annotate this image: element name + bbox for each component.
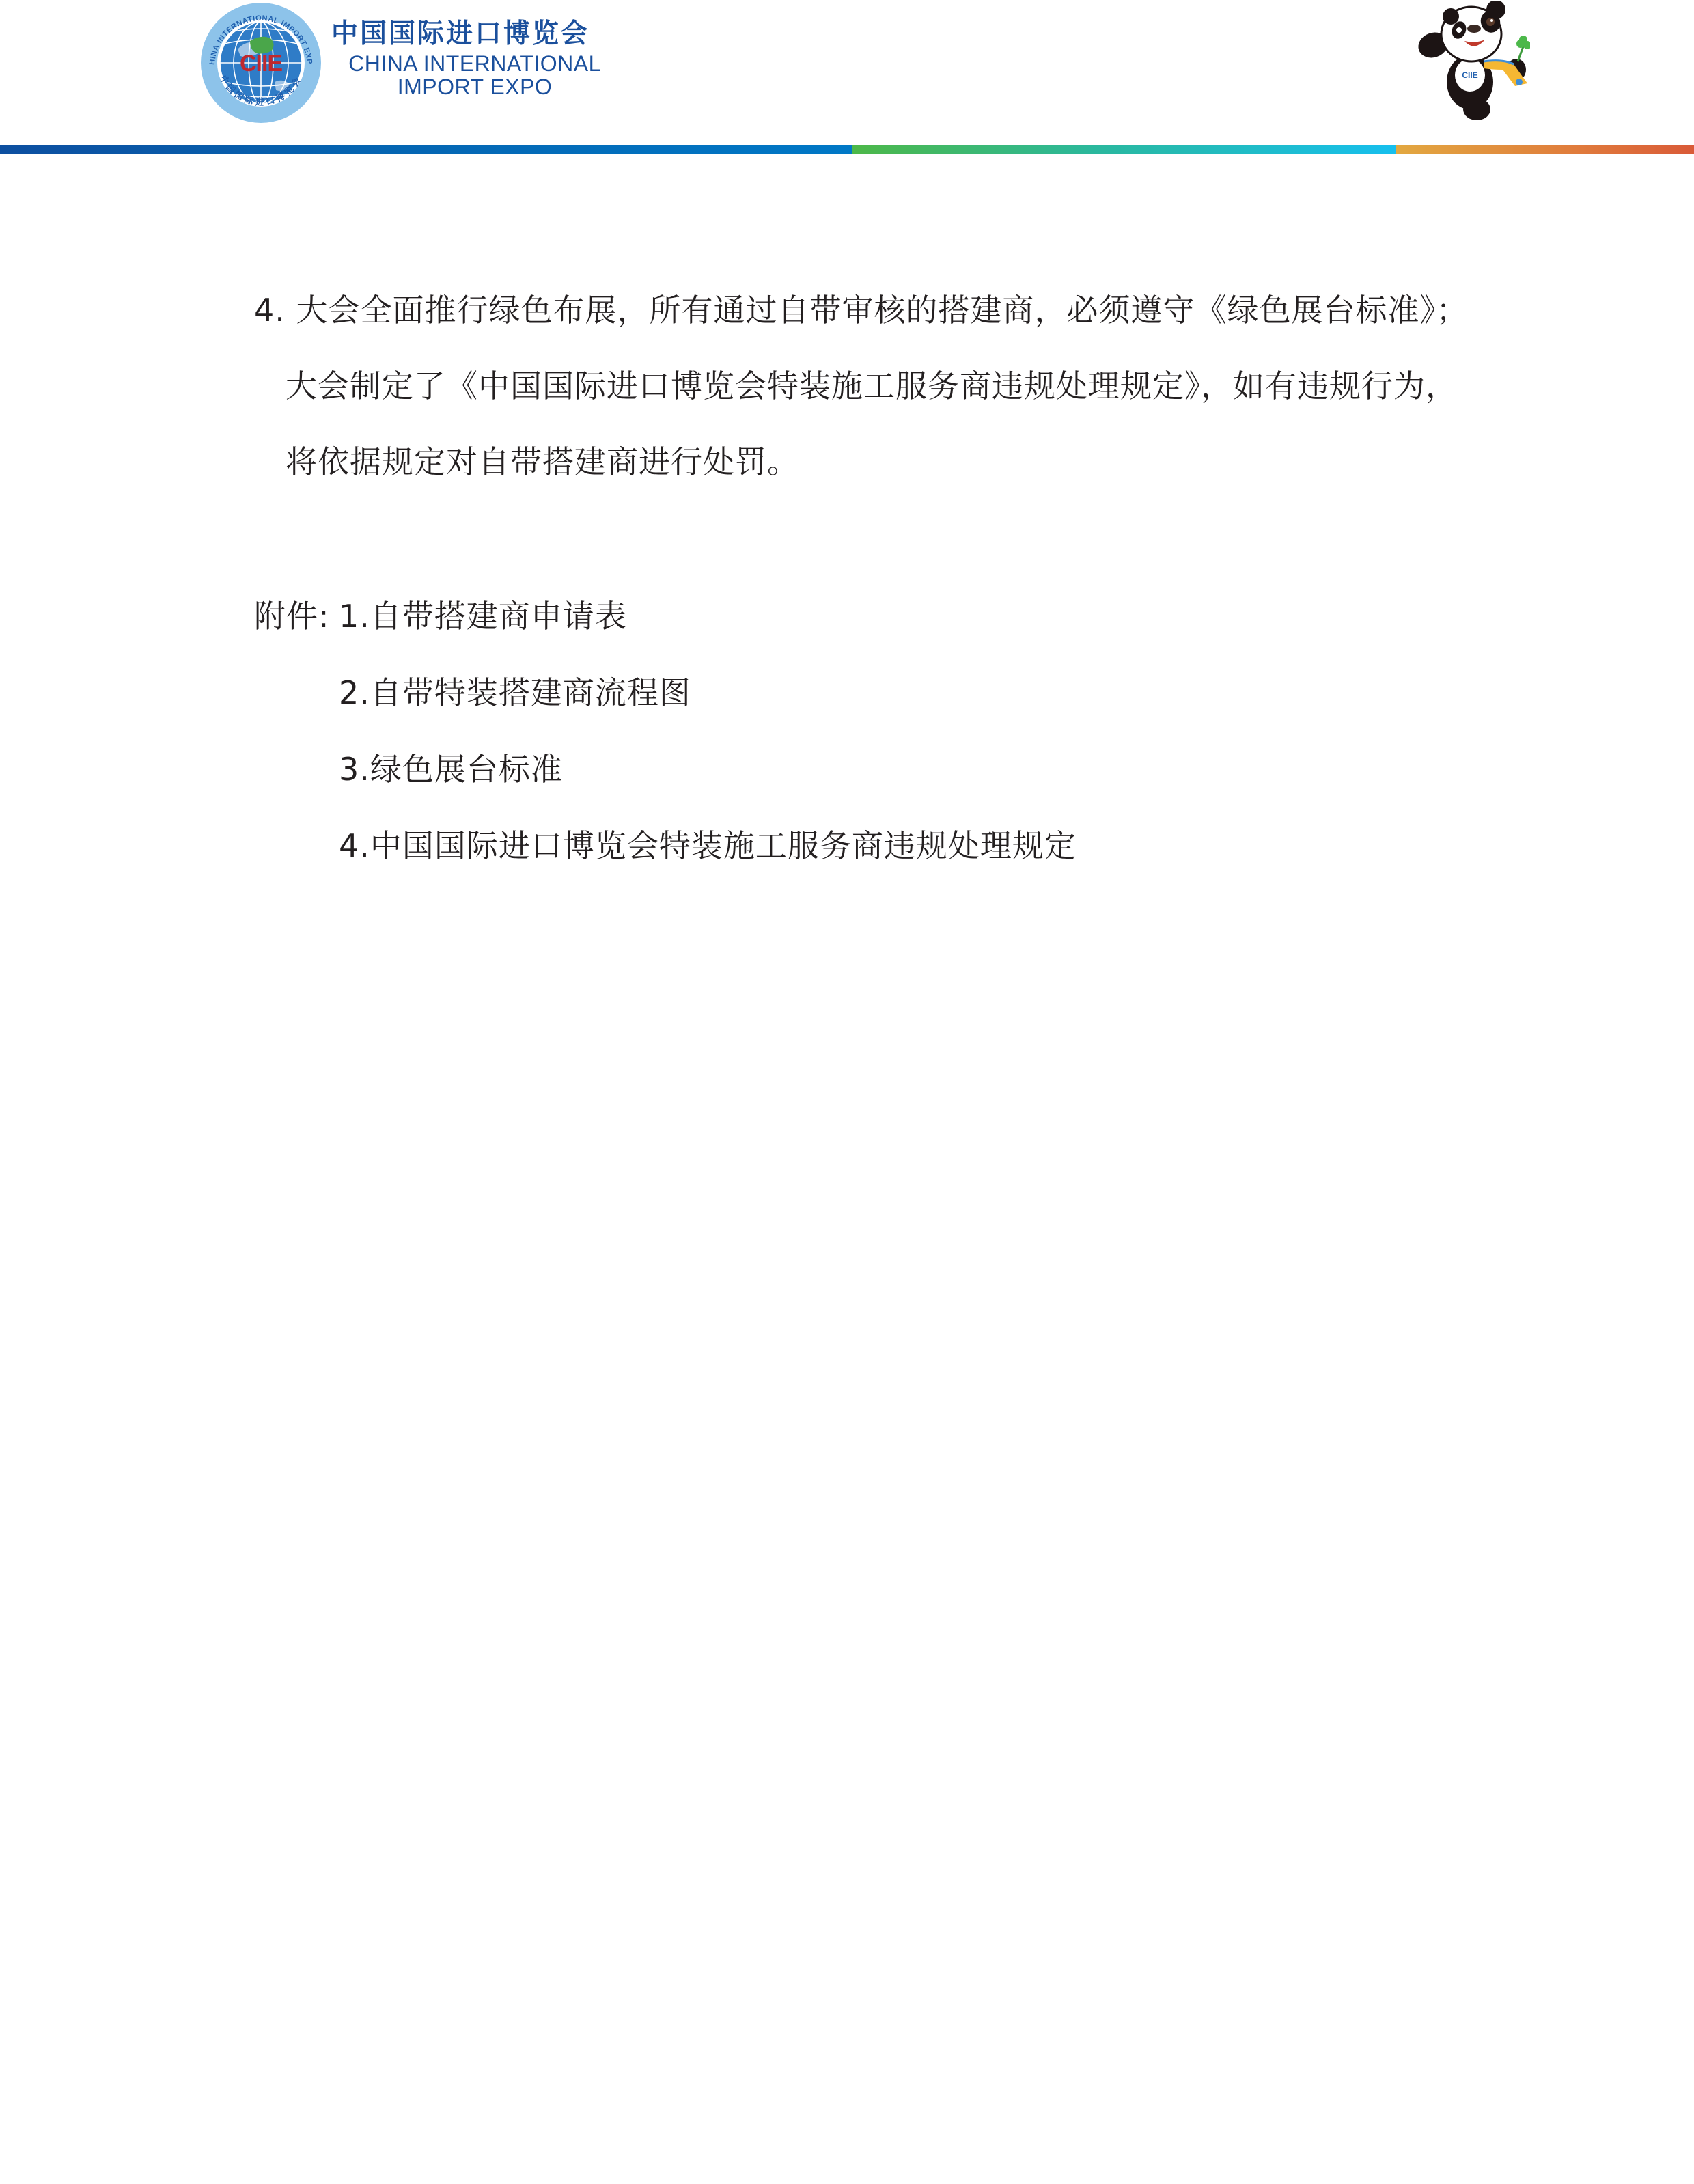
logo-title-en-line1: CHINA INTERNATIONAL bbox=[311, 52, 639, 75]
logo-title-en-line2: IMPORT EXPO bbox=[311, 75, 639, 98]
logo-title-cn: 中国国际进口博览会 bbox=[331, 18, 639, 51]
attachments-heading-row: 附件: 1.自带搭建商申请表 bbox=[254, 596, 627, 637]
header-color-bar bbox=[0, 145, 1694, 154]
color-bar-green-segment bbox=[852, 145, 1396, 154]
attachments-label: 附件: bbox=[254, 596, 339, 637]
paragraph-item-4-line-3: 将依据规定对自带搭建商进行处罚。 bbox=[286, 441, 799, 482]
attachment-item-4: 4.中国国际进口博览会特装施工服务商违规处理规定 bbox=[339, 825, 1077, 866]
attachment-item-3: 3.绿色展台标准 bbox=[339, 749, 563, 790]
ciie-emblem-icon: CIIE CHINA INTERNATIONAL IMPORT EXPO 中国国… bbox=[199, 1, 322, 124]
paragraph-item-4-line-1: 4. 大会全面推行绿色布展，所有通过自带审核的搭建商，必须遵守《绿色展台标准》； bbox=[254, 290, 1469, 331]
color-bar-orange-segment bbox=[1396, 145, 1694, 154]
color-bar-blue-segment bbox=[0, 145, 852, 154]
attachment-item-2: 2.自带特装搭建商流程图 bbox=[339, 672, 691, 713]
logo-wordmark: 中国国际进口博览会 CHINA INTERNATIONAL IMPORT EXP… bbox=[311, 18, 639, 98]
svg-text:CIIE: CIIE bbox=[1462, 70, 1477, 80]
paragraph-item-4-line-2: 大会制定了《中国国际进口博览会特装施工服务商违规处理规定》，如有违规行为， bbox=[286, 365, 1458, 406]
attachment-item-1: 1.自带搭建商申请表 bbox=[339, 596, 627, 637]
svg-text:CIIE: CIIE bbox=[240, 51, 282, 77]
document-header: CIIE CHINA INTERNATIONAL IMPORT EXPO 中国国… bbox=[0, 0, 1694, 143]
panda-mascot-icon: CIIE bbox=[1393, 1, 1530, 124]
